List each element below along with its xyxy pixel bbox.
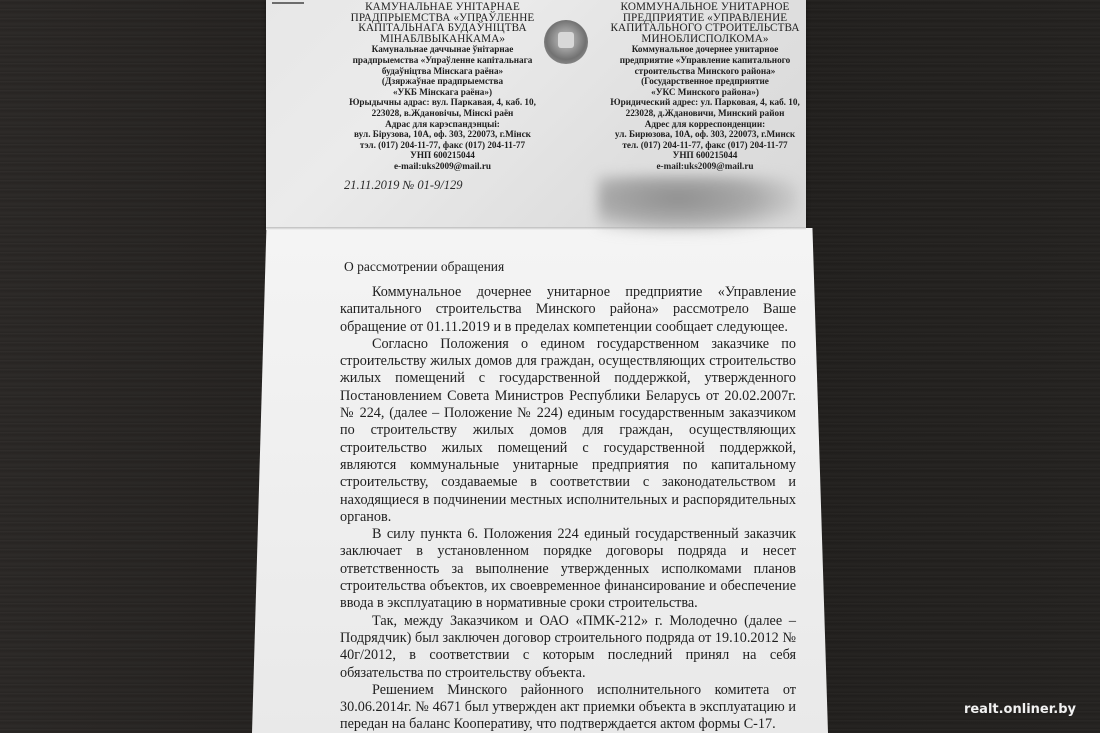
org-name-line: МИНОБЛИСПОЛКОМА» (605, 34, 805, 45)
staple-mark (272, 2, 304, 4)
org-detail-line: строительства Минского района» (605, 66, 805, 77)
org-phone-fax: тел. (017) 204-11-77, факс (017) 204-11-… (605, 140, 805, 151)
letter-body: Коммунальное дочернее унитарное предприя… (340, 284, 796, 733)
org-detail-line: «УКС Минского района») (605, 87, 805, 98)
org-mail-address-label: Адрес для корреспонденции: (605, 119, 805, 130)
org-mail-address: ул. Бирюзова, 10А, оф. 303, 220073, г.Ми… (605, 129, 805, 140)
letterhead-russian: КОММУНАЛЬНОЕ УНИТАРНОЕ ПРЕДПРИЯТИЕ «УПРА… (605, 2, 805, 172)
org-detail-line: Коммунальное дочернее унитарное (605, 44, 805, 55)
org-detail-line: предприятие «Управление капитального (605, 55, 805, 66)
letterhead-belarusian: КАМУНАЛЬНАЕ УНІТАРНАЕ ПРАДПРЫЕМСТВА «УПР… (335, 2, 550, 172)
org-detail-line: «УКБ Мінскага раёна») (335, 87, 550, 98)
org-name-line: КОММУНАЛЬНОЕ УНИТАРНОЕ (605, 2, 805, 13)
org-legal-address: 223028, в.Ждановічы, Мінскі раён (335, 108, 550, 119)
org-detail-line: (Дзяржаўнае прадпрыемства (335, 76, 550, 87)
org-detail-line: Камунальнае даччынае ўнітарнае (335, 44, 550, 55)
org-mail-address-label: Адрас для карэспандэнцыі: (335, 119, 550, 130)
org-detail-line: будаўніцтва Мінскага раёна» (335, 66, 550, 77)
org-name-line: КАМУНАЛЬНАЕ УНІТАРНАЕ (335, 2, 550, 13)
source-watermark: realt.onliner.by (964, 702, 1076, 717)
org-mail-address: вул. Бірузова, 10А, оф. 303, 220073, г.М… (335, 129, 550, 140)
body-paragraph: Так, между Заказчиком и ОАО «ПМК-212» г.… (340, 613, 796, 682)
body-paragraph: Коммунальное дочернее унитарное предприя… (340, 284, 796, 336)
letter-subject: О рассмотрении обращения (344, 259, 504, 275)
body-paragraph: Согласно Положения о едином государствен… (340, 336, 796, 526)
redacted-recipient (598, 176, 798, 232)
body-paragraph: В силу пункта 6. Положения 224 единый го… (340, 526, 796, 612)
org-legal-address: Юрыдычны адрас: вул. Паркавая, 4, каб. 1… (335, 97, 550, 108)
org-detail-line: прадпрыемства «Упраўленне капітальнага (335, 55, 550, 66)
org-email: e-mail:uks2009@mail.ru (335, 161, 550, 172)
org-phone-fax: тэл. (017) 204-11-77, факс (017) 204-11-… (335, 140, 550, 151)
org-unp: УНП 600215044 (335, 150, 550, 161)
letter-date-reference: 21.11.2019 № 01-9/129 (344, 178, 463, 193)
org-email: e-mail:uks2009@mail.ru (605, 161, 805, 172)
org-unp: УНП 600215044 (605, 150, 805, 161)
body-paragraph: Решением Минского районного исполнительн… (340, 682, 796, 733)
org-legal-address: 223028, д.Ждановичи, Минский район (605, 108, 805, 119)
emblem-center (558, 32, 574, 48)
org-legal-address: Юридический адрес: ул. Парковая, 4, каб.… (605, 97, 805, 108)
coat-of-arms-icon (544, 20, 588, 64)
org-detail-line: (Государственное предприятие (605, 76, 805, 87)
org-name-line: МІНАБЛВЫКАНКАМА» (335, 34, 550, 45)
